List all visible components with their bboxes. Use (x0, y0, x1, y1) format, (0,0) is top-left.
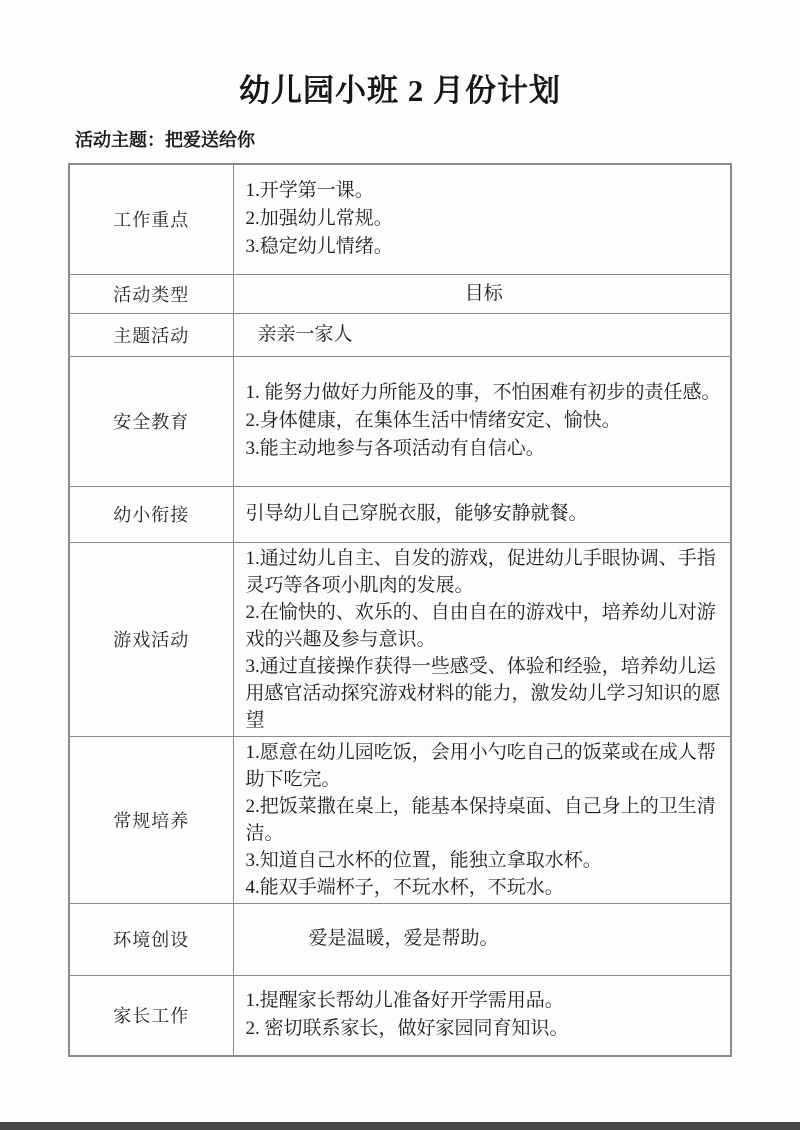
content-line: 1.愿意在幼儿园吃饭，会用小勺吃自己的饭菜或在成人帮助下吃完。 (246, 739, 723, 793)
content-line: 爱是温暖，爱是帮助。 (309, 925, 723, 953)
row-content: 1. 能努力做好力所能及的事，不怕困难有初步的责任感。2.身体健康，在集体生活中… (233, 356, 731, 486)
content-line: 2.把饭菜撒在桌上，能基本保持桌面、自己身上的卫生清洁。 (246, 793, 723, 847)
row-content: 1.提醒家长帮幼儿准备好开学需用品。2. 密切联系家长，做好家园同育知识。 (233, 975, 731, 1056)
table-row: 环境创设爱是温暖，爱是帮助。 (69, 903, 731, 975)
activity-theme-label: 活动主题：把爱送给你 (75, 128, 800, 152)
content-line: 亲亲一家人 (258, 321, 723, 349)
content-line: 目标 (246, 280, 723, 308)
table-row: 幼小衔接引导幼儿自己穿脱衣服，能够安静就餐。 (69, 486, 731, 542)
content-line: 2.身体健康，在集体生活中情绪安定、愉快。 (246, 407, 723, 435)
content-line: 3.知道自己水杯的位置，能独立拿取水杯。 (246, 847, 723, 874)
row-label: 环境创设 (69, 903, 233, 975)
row-content: 引导幼儿自己穿脱衣服，能够安静就餐。 (233, 486, 731, 542)
table-row: 主题活动亲亲一家人 (69, 313, 731, 356)
content-line: 引导幼儿自己穿脱衣服，能够安静就餐。 (246, 500, 723, 528)
plan-table-body: 工作重点1.开学第一课。2.加强幼儿常规。3.稳定幼儿情绪。活动类型目标主题活动… (69, 164, 731, 1056)
table-row: 家长工作1.提醒家长帮幼儿准备好开学需用品。2. 密切联系家长，做好家园同育知识… (69, 975, 731, 1056)
row-label: 安全教育 (69, 356, 233, 486)
row-content: 1.开学第一课。2.加强幼儿常规。3.稳定幼儿情绪。 (233, 164, 731, 274)
table-row: 常规培养1.愿意在幼儿园吃饭，会用小勺吃自己的饭菜或在成人帮助下吃完。2.把饭菜… (69, 736, 731, 903)
content-line: 3.能主动地参与各项活动有自信心。 (246, 435, 723, 463)
row-label: 常规培养 (69, 736, 233, 903)
page-title: 幼儿园小班 2 月份计划 (0, 0, 800, 110)
content-line: 3.稳定幼儿情绪。 (246, 233, 723, 261)
row-content: 1.愿意在幼儿园吃饭，会用小勺吃自己的饭菜或在成人帮助下吃完。2.把饭菜撒在桌上… (233, 736, 731, 903)
content-line: 1.通过幼儿自主、自发的游戏，促进幼儿手眼协调、手指灵巧等各项小肌肉的发展。 (246, 545, 723, 599)
row-label: 活动类型 (69, 274, 233, 313)
photo-edge-strip (0, 1122, 800, 1130)
content-line: 4.能双手端杯子，不玩水杯，不玩水。 (246, 874, 723, 901)
content-line: 2.加强幼儿常规。 (246, 205, 723, 233)
row-content: 目标 (233, 274, 731, 313)
row-label: 幼小衔接 (69, 486, 233, 542)
content-line: 2.在愉快的、欢乐的、自由自在的游戏中，培养幼儿对游戏的兴趣及参与意识。 (246, 599, 723, 653)
monthly-plan-table: 工作重点1.开学第一课。2.加强幼儿常规。3.稳定幼儿情绪。活动类型目标主题活动… (68, 163, 732, 1057)
table-row: 工作重点1.开学第一课。2.加强幼儿常规。3.稳定幼儿情绪。 (69, 164, 731, 274)
table-row: 活动类型目标 (69, 274, 731, 313)
content-line: 1.提醒家长帮幼儿准备好开学需用品。 (246, 987, 723, 1015)
row-content: 亲亲一家人 (233, 313, 731, 356)
content-line: 2. 密切联系家长，做好家园同育知识。 (246, 1015, 723, 1043)
table-row: 安全教育1. 能努力做好力所能及的事，不怕困难有初步的责任感。2.身体健康，在集… (69, 356, 731, 486)
row-label: 工作重点 (69, 164, 233, 274)
row-content: 爱是温暖，爱是帮助。 (233, 903, 731, 975)
content-line: 3.通过直接操作获得一些感受、体验和经验，培养幼儿运用感官活动探究游戏材料的能力… (246, 653, 723, 734)
table-row: 游戏活动1.通过幼儿自主、自发的游戏，促进幼儿手眼协调、手指灵巧等各项小肌肉的发… (69, 542, 731, 736)
row-label: 游戏活动 (69, 542, 233, 736)
document-page: 幼儿园小班 2 月份计划 活动主题：把爱送给你 工作重点1.开学第一课。2.加强… (0, 0, 800, 1130)
row-label: 主题活动 (69, 313, 233, 356)
content-line: 1. 能努力做好力所能及的事，不怕困难有初步的责任感。 (246, 379, 723, 407)
content-line: 1.开学第一课。 (246, 177, 723, 205)
row-content: 1.通过幼儿自主、自发的游戏，促进幼儿手眼协调、手指灵巧等各项小肌肉的发展。2.… (233, 542, 731, 736)
row-label: 家长工作 (69, 975, 233, 1056)
